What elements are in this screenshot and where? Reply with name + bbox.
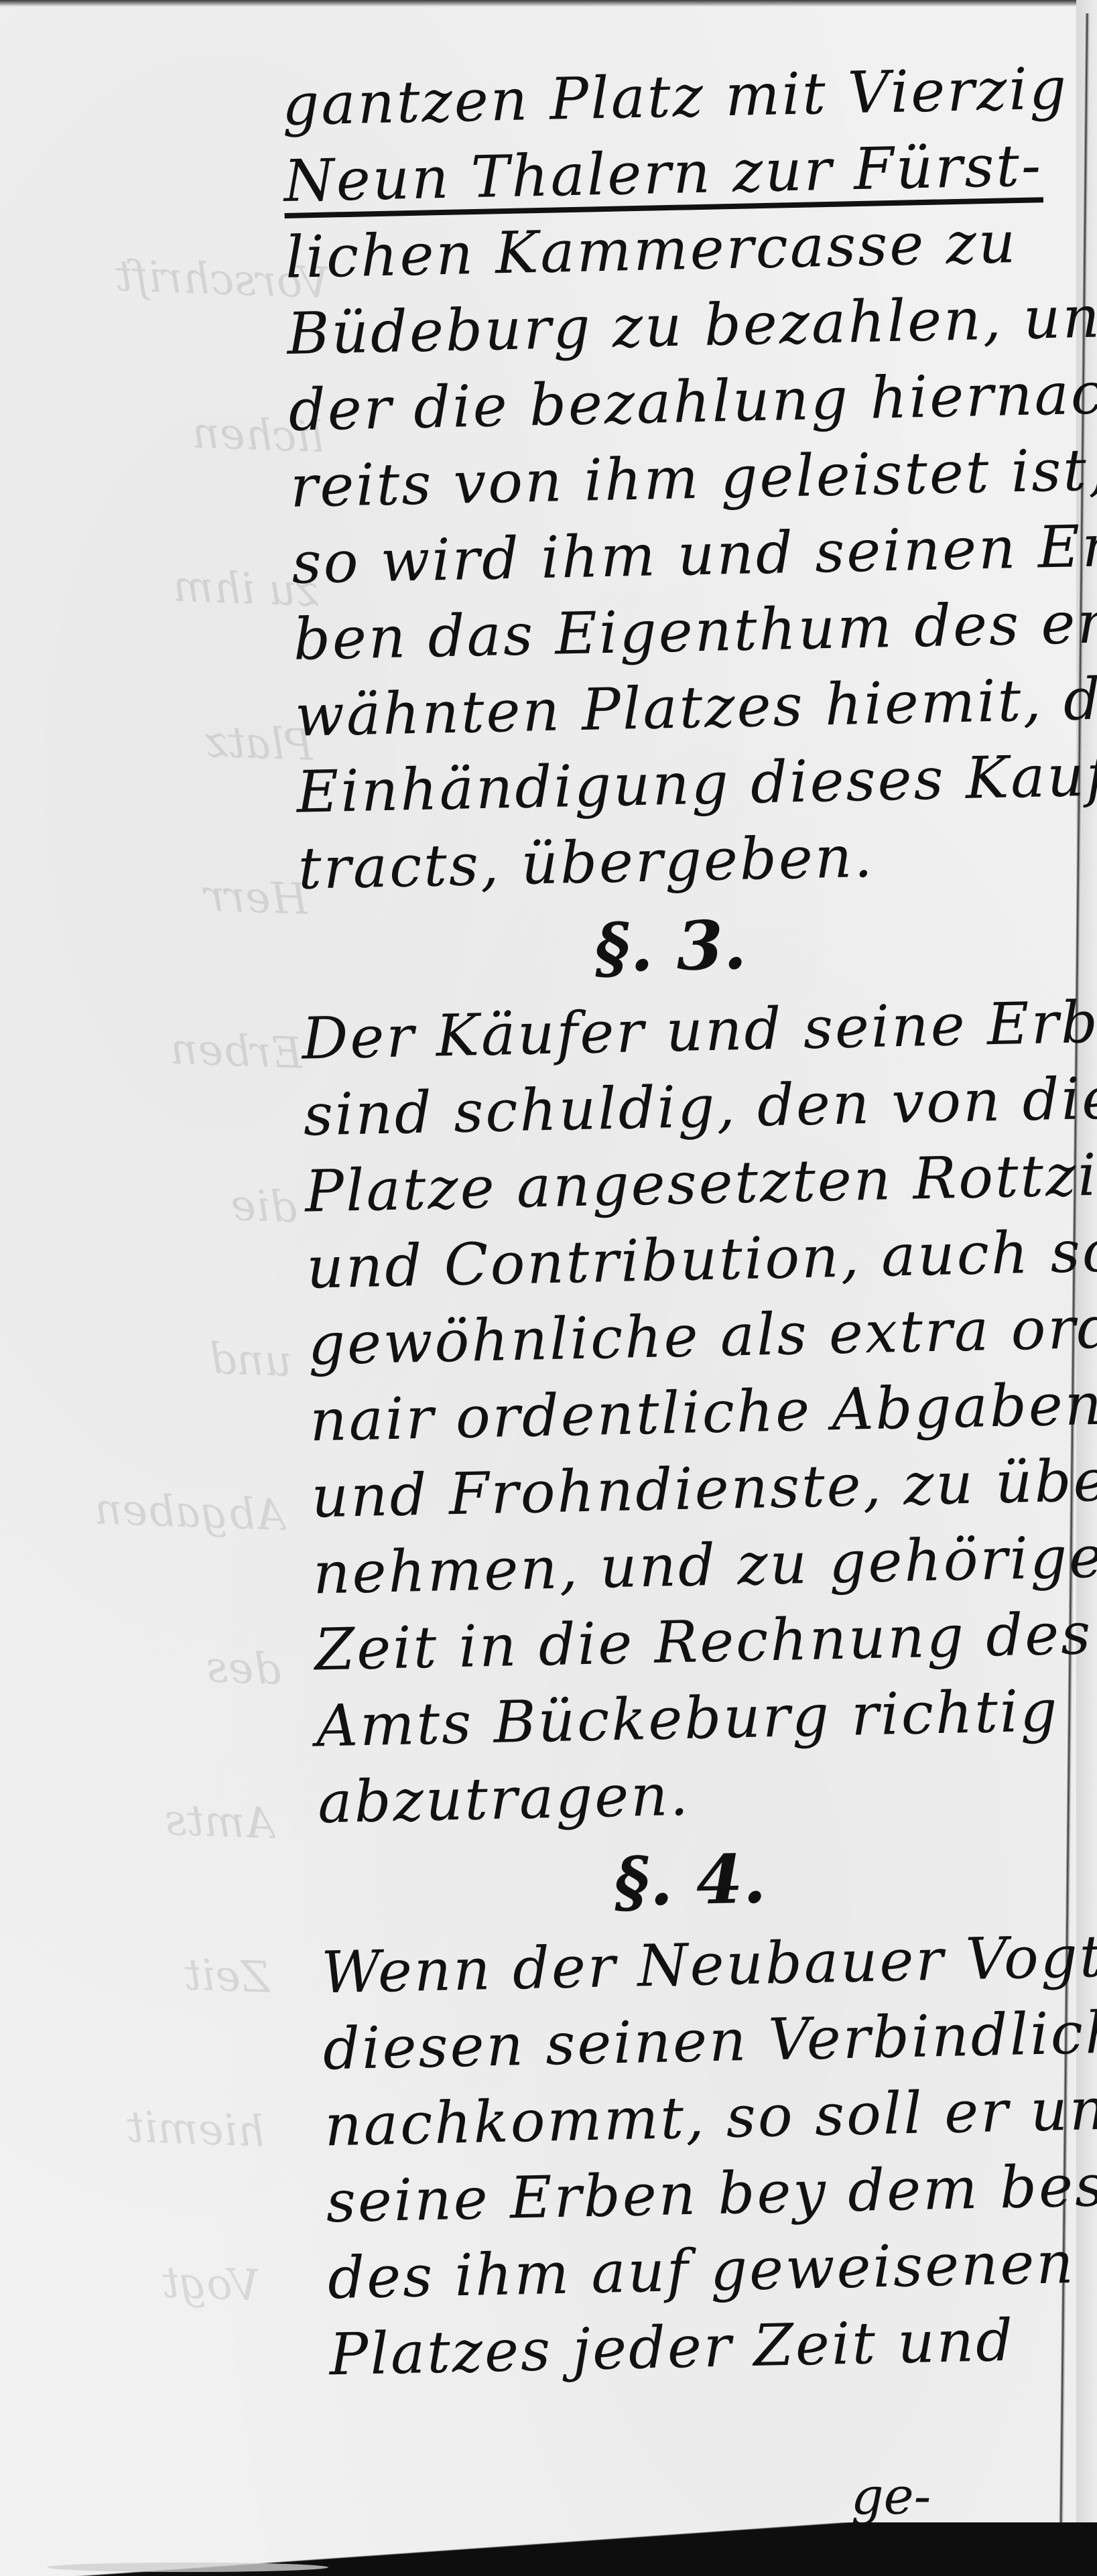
line-text: nachkommt, so soll er und	[324, 2075, 1097, 2160]
line-text: seine Erben bey dem besitze	[326, 2150, 1097, 2236]
line-text: und Frohndienste, zu über-	[311, 1446, 1097, 1531]
line-text: Zeit in die Rechnung des	[314, 1600, 1093, 1683]
line-text: sind schuldig, den von diesem	[303, 1062, 1097, 1149]
line-text: abzutragen.	[317, 1762, 691, 1837]
line-text: Der Käufer und seine Erben	[301, 987, 1097, 1072]
line-text: gantzen Platz mit Vierzig	[281, 55, 1069, 139]
line-text: ben das Eigenthum des er-	[293, 589, 1097, 673]
manuscript-text: gantzen Platz mit Vierzig Neun Thalern z…	[281, 50, 1097, 2393]
line-text: des ihm auf geweisenen	[327, 2230, 1076, 2312]
line-text: Amts Bückeburg richtig	[316, 1677, 1060, 1760]
catchword: ge-	[851, 2466, 931, 2526]
line-text: so wird ihm und seinen Er-	[291, 513, 1097, 597]
section-heading-3: §. 3.	[299, 891, 1092, 1001]
scan-bottom-edge	[0, 2522, 1097, 2576]
line-text: Neun Thalern zur Fürst-	[283, 132, 1043, 215]
line-text: Einhändigung dieses Kaufcon-	[296, 739, 1097, 826]
line-text: der die bezahlung hiernach be-	[288, 357, 1097, 444]
text-line: Amts Bückeburg richtig	[316, 1672, 1097, 1765]
manuscript-page: Vorschriftlichenzu ihmPlatz HerrErbendie…	[0, 0, 1097, 2576]
line-text: nair ordentliche Abgaben	[309, 1371, 1097, 1455]
line-text: tracts, übergeben.	[298, 824, 875, 903]
line-text: reits von ihm geleistet ist,	[289, 436, 1097, 521]
line-text: wähnten Platzes hiemit, durch	[294, 663, 1097, 750]
line-text: Platzes jeder Zeit und	[328, 2307, 1015, 2388]
scan-top-edge	[0, 0, 1097, 7]
bleed-through-text: Vorschriftlichenzu ihmPlatz HerrErbendie…	[0, 196, 332, 2349]
section-heading-4: §. 4.	[318, 1825, 1097, 1935]
text-line: Platzes jeder Zeit und	[328, 2301, 1097, 2394]
line-text: und Contribution, auch sonst	[306, 1216, 1097, 1301]
line-text: nehmen, und zu gehöriger	[312, 1523, 1097, 1608]
line-text: Wenn der Neubauer Vogt	[321, 1923, 1097, 2006]
line-text: diesen seinen Verbindlichkeiten	[322, 1995, 1097, 2083]
line-text: Büdeburg zu bezahlen, und	[286, 283, 1097, 368]
line-text: lichen Kammercasse zu	[285, 209, 1018, 292]
line-text: Platze angesetzten Rottzins	[304, 1141, 1097, 1226]
line-text: gewöhnliche als extra ordi-	[308, 1293, 1097, 1378]
